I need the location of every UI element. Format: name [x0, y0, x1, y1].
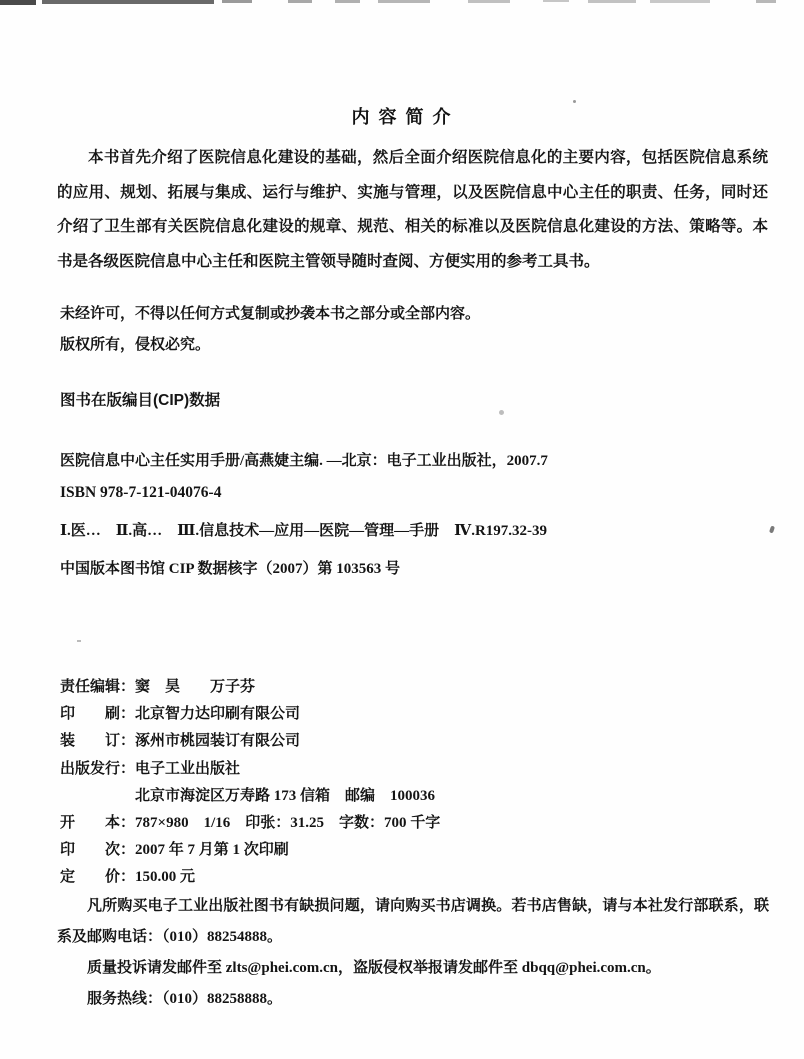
copyright-line: 未经许可，不得以任何方式复制或抄袭本书之部分或全部内容。: [60, 299, 760, 330]
colophon-value: 787×980 1/16 印张：31.25 字数：700 千字: [135, 815, 440, 831]
colophon-value: 北京市海淀区万寿路 173 信箱 邮编 100036: [135, 788, 435, 804]
scan-artifact: [543, 0, 569, 2]
scan-artifact: [222, 0, 252, 3]
note-complaint-email: 质量投诉请发邮件至 zlts@phei.com.cn，盗版侵权举报请发邮件至 d…: [57, 953, 769, 984]
colophon-row-price: 定 价：150.00 元: [60, 864, 760, 891]
colophon-row-binder: 装 订：涿州市桃园装订有限公司: [60, 728, 760, 755]
colophon-label: 开 本：: [60, 810, 135, 837]
colophon-label: 装 订：: [60, 728, 135, 755]
colophon-label: 印 刷：: [60, 701, 135, 728]
scan-artifact: [42, 0, 214, 4]
scan-artifact: [588, 0, 636, 3]
scan-artifact: [378, 0, 430, 3]
isbn-number: ISBN 978-7-121-04076-4: [60, 484, 221, 502]
colophon-row-format: 开 本：787×980 1/16 印张：31.25 字数：700 千字: [60, 810, 760, 837]
colophon-row-printing: 印 次：2007 年 7 月第 1 次印刷: [60, 837, 760, 864]
scan-artifact: [756, 0, 776, 3]
colophon-row-printer: 印 刷：北京智力达印刷有限公司: [60, 701, 760, 728]
scan-artifact: [650, 0, 710, 3]
scan-artifact: [468, 0, 510, 3]
colophon-label: 责任编辑：: [60, 674, 135, 701]
colophon-value: 北京智力达印刷有限公司: [135, 706, 300, 722]
scan-artifact: [288, 0, 312, 3]
colophon-label: 定 价：: [60, 864, 135, 891]
colophon-value: 电子工业出版社: [135, 761, 240, 777]
note-service-hotline: 服务热线：（010）88258888。: [57, 984, 769, 1015]
colophon-value: 窦 昊 万子芬: [135, 679, 255, 695]
cip-book-line: 医院信息中心主任实用手册/高燕婕主编. —北京：电子工业出版社，2007.7: [60, 449, 548, 470]
colophon-row-editor: 责任编辑：窦 昊 万子芬: [60, 674, 760, 701]
scan-artifact: [769, 526, 775, 534]
service-notes: 凡所购买电子工业出版社图书有缺损问题，请向购买书店调换。若书店售缺，请与本社发行…: [57, 891, 769, 1015]
cip-classification: Ⅰ.医… Ⅱ.高… Ⅲ.信息技术—应用—医院—管理—手册 Ⅳ.R197.32-3…: [60, 519, 547, 540]
copyright-line: 版权所有，侵权必究。: [60, 330, 760, 361]
colophon: 责任编辑：窦 昊 万子芬 印 刷：北京智力达印刷有限公司 装 订：涿州市桃园装订…: [60, 674, 760, 892]
scan-artifact: [335, 0, 360, 3]
colophon-value: 150.00 元: [135, 869, 195, 885]
intro-paragraph: 本书首先介绍了医院信息化建设的基础，然后全面介绍医院信息化的主要内容，包括医院信…: [57, 141, 768, 279]
copyright-notice: 未经许可，不得以任何方式复制或抄袭本书之部分或全部内容。 版权所有，侵权必究。: [60, 299, 760, 361]
book-copyright-page: 内 容 简 介 本书首先介绍了医院信息化建设的基础，然后全面介绍医院信息化的主要…: [0, 0, 804, 1059]
colophon-label: 印 次：: [60, 837, 135, 864]
colophon-row-publisher: 出版发行：电子工业出版社: [60, 756, 760, 783]
colophon-value: 涿州市桃园装订有限公司: [135, 733, 300, 749]
note-exchange: 凡所购买电子工业出版社图书有缺损问题，请向购买书店调换。若书店售缺，请与本社发行…: [57, 891, 769, 953]
cip-record-number: 中国版本图书馆 CIP 数据核字（2007）第 103563 号: [60, 557, 400, 578]
colophon-value: 2007 年 7 月第 1 次印刷: [135, 842, 289, 858]
colophon-label: 出版发行：: [60, 756, 135, 783]
scan-artifact: [499, 410, 504, 415]
page-title: 内 容 简 介: [0, 103, 804, 129]
colophon-row-address: 北京市海淀区万寿路 173 信箱 邮编 100036: [60, 783, 760, 810]
scan-artifact: [77, 640, 81, 642]
scan-artifact: [0, 0, 36, 5]
cip-heading: 图书在版编目(CIP)数据: [60, 388, 220, 410]
